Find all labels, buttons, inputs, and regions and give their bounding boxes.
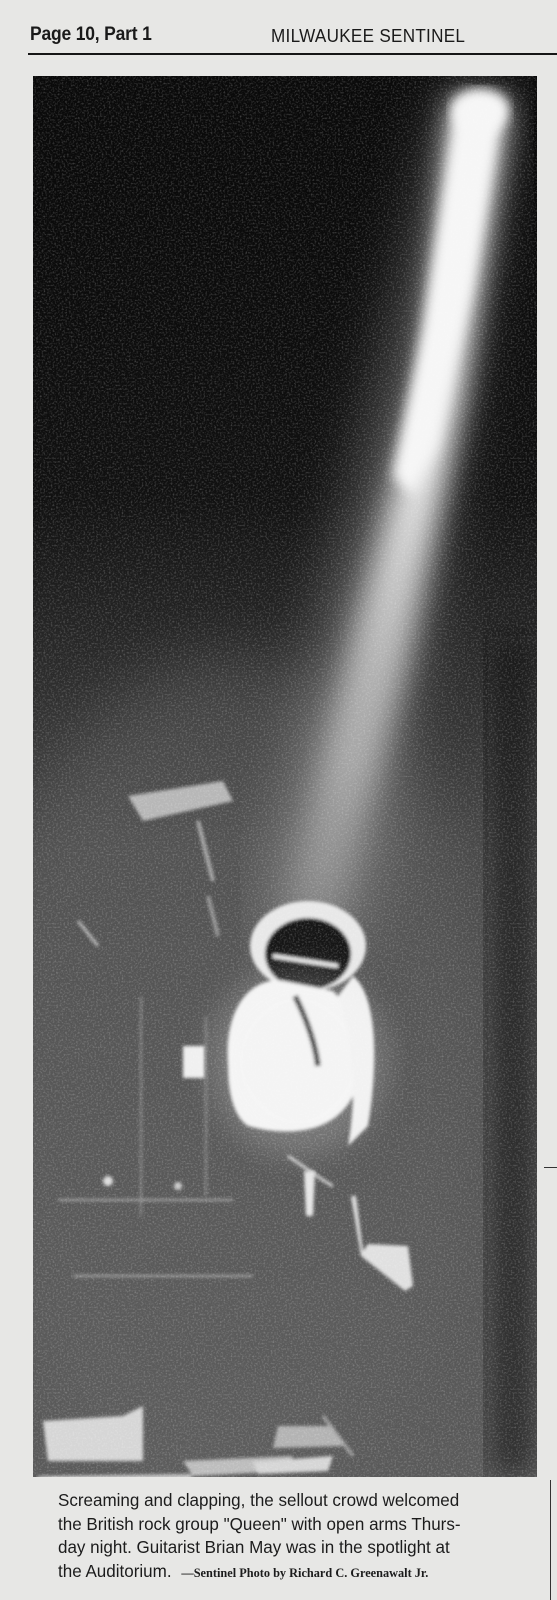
header-rule (28, 53, 557, 55)
page-header: Page 10, Part 1 MILWAUKEE SENTINEL (28, 22, 557, 56)
caption-line: the Auditorium. (58, 1561, 172, 1581)
page-label: Page 10, Part 1 (30, 24, 152, 46)
photo-caption: Screaming and clapping, the sellout crow… (58, 1489, 511, 1585)
column-divider-dash (544, 1167, 557, 1168)
concert-photo (33, 76, 537, 1477)
newspaper-name: MILWAUKEE SENTINEL (271, 26, 465, 47)
caption-line: Screaming and clapping, the sellout crow… (58, 1489, 511, 1513)
caption-last-line: the Auditorium.—Sentinel Photo by Richar… (58, 1560, 511, 1586)
caption-line: the British rock group "Queen" with open… (58, 1513, 511, 1537)
column-divider-rule (550, 1480, 551, 1600)
caption-line: day night. Guitarist Brian May was in th… (58, 1536, 511, 1560)
photo-credit: —Sentinel Photo by Richard C. Greenawalt… (181, 1566, 428, 1580)
spotlight-photo-icon (33, 76, 537, 1477)
